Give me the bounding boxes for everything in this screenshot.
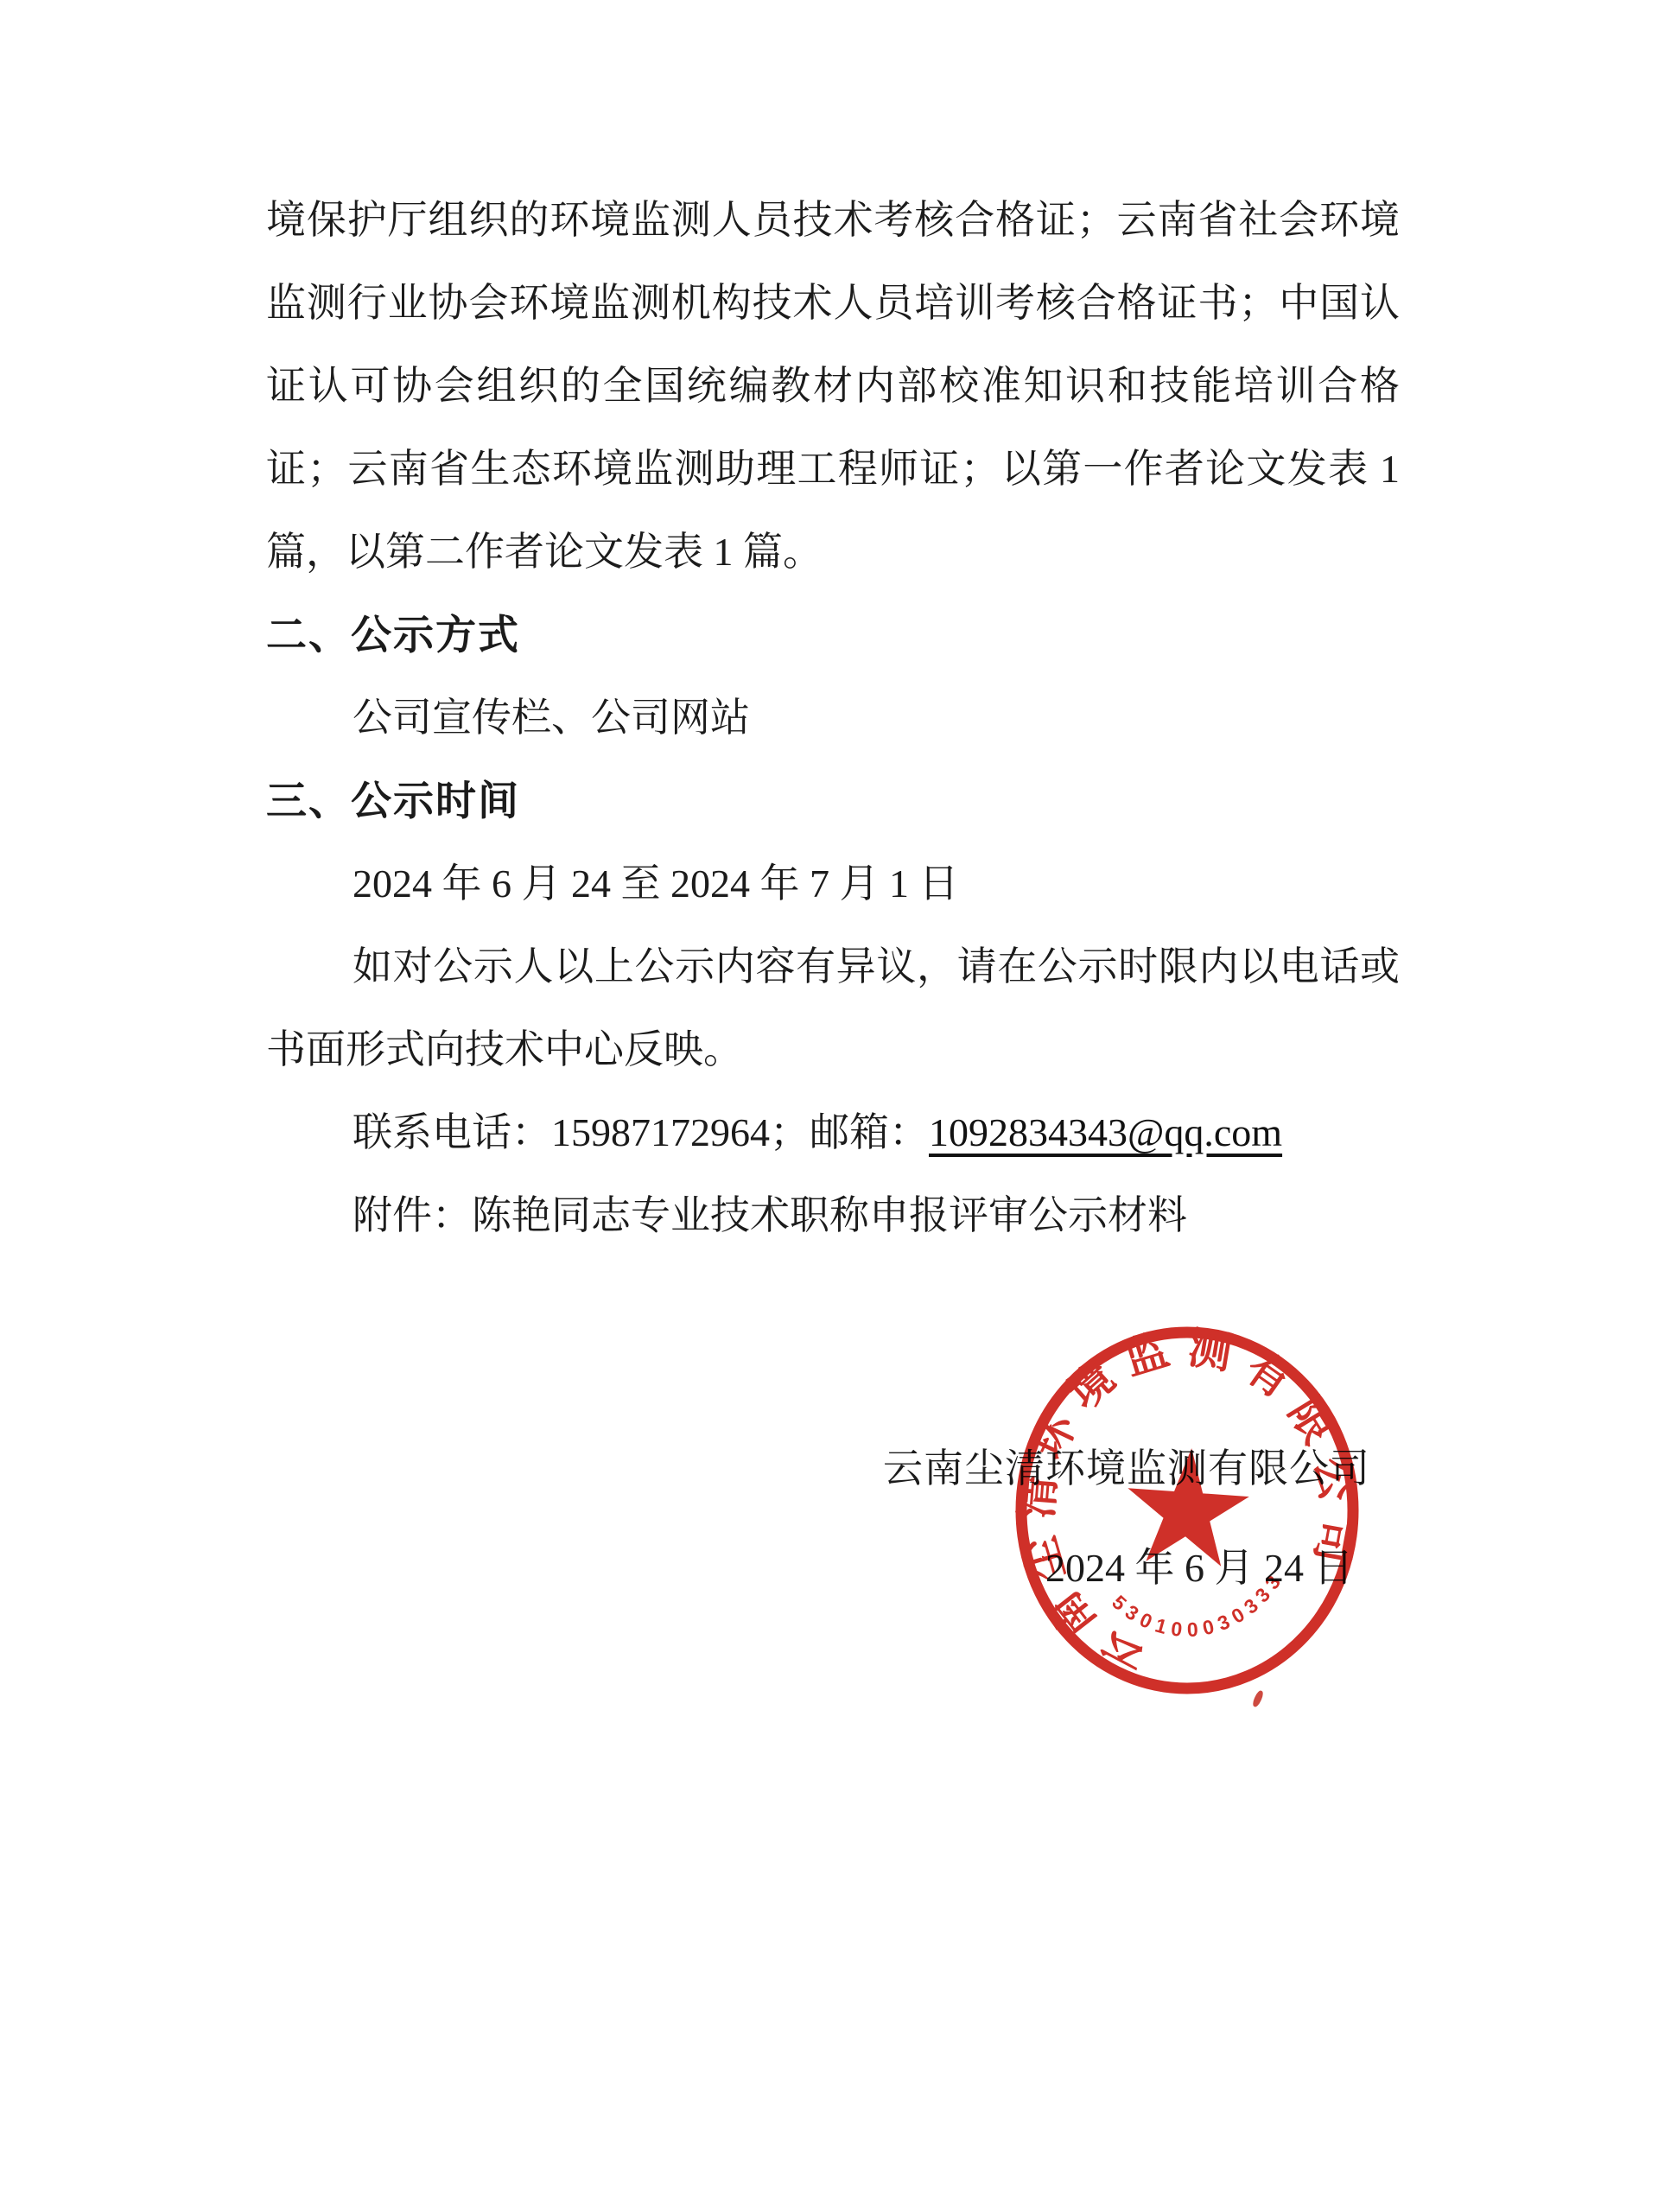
document-page: 境保护厅组织的环境监测人员技术考核合格证；云南省社会环境 监测行业协会环境监测机… [0, 0, 1658, 2212]
publicity-period: 2024 年 6 月 24 至 2024 年 7 月 1 日 [266, 842, 1400, 925]
paragraph-line: 监测行业协会环境监测机构技术人员培训考核合格证书；中国认 [266, 262, 1400, 345]
contact-line: 联系电话：15987172964；邮箱：1092834343@qq.com [266, 1091, 1400, 1174]
separator: ； [770, 1110, 810, 1154]
publicity-method: 公司宣传栏、公司网站 [266, 677, 1400, 760]
email-link[interactable]: 1092834343@qq.com [929, 1110, 1282, 1154]
phone-label: 联系电话： [353, 1110, 551, 1154]
section3-heading: 三、公示时间 [266, 760, 1400, 842]
company-seal: 云南尘清环境监测有限公司 530100030333 [1002, 1310, 1372, 1716]
attachment-line: 附件：陈艳同志专业技术职称申报评审公示材料 [266, 1174, 1400, 1257]
email-label: 邮箱： [810, 1110, 929, 1154]
paragraph-line: 篇，以第二作者论文发表 1 篇。 [266, 511, 1400, 594]
objection-line: 如对公示人以上公示内容有异议，请在公示时限内以电话或 [266, 925, 1400, 1008]
seal-serial-number: 530100030333 [1108, 1572, 1285, 1641]
paragraph-line: 证认可协会组织的全国统编教材内部校准知识和技能培训合格 [266, 345, 1400, 428]
objection-line: 书面形式向技术中心反映。 [266, 1008, 1400, 1091]
section2-heading: 二、公示方式 [266, 594, 1400, 677]
svg-text:530100030333: 530100030333 [1108, 1572, 1285, 1641]
paragraph-line: 证；云南省生态环境监测助理工程师证；以第一作者论文发表 1 [266, 428, 1400, 511]
phone-number: 15987172964 [551, 1110, 770, 1154]
star-icon [1123, 1444, 1253, 1567]
document-body: 境保护厅组织的环境监测人员技术考核合格证；云南省社会环境 监测行业协会环境监测机… [266, 179, 1400, 1257]
paragraph-line: 境保护厅组织的环境监测人员技术考核合格证；云南省社会环境 [266, 179, 1400, 262]
